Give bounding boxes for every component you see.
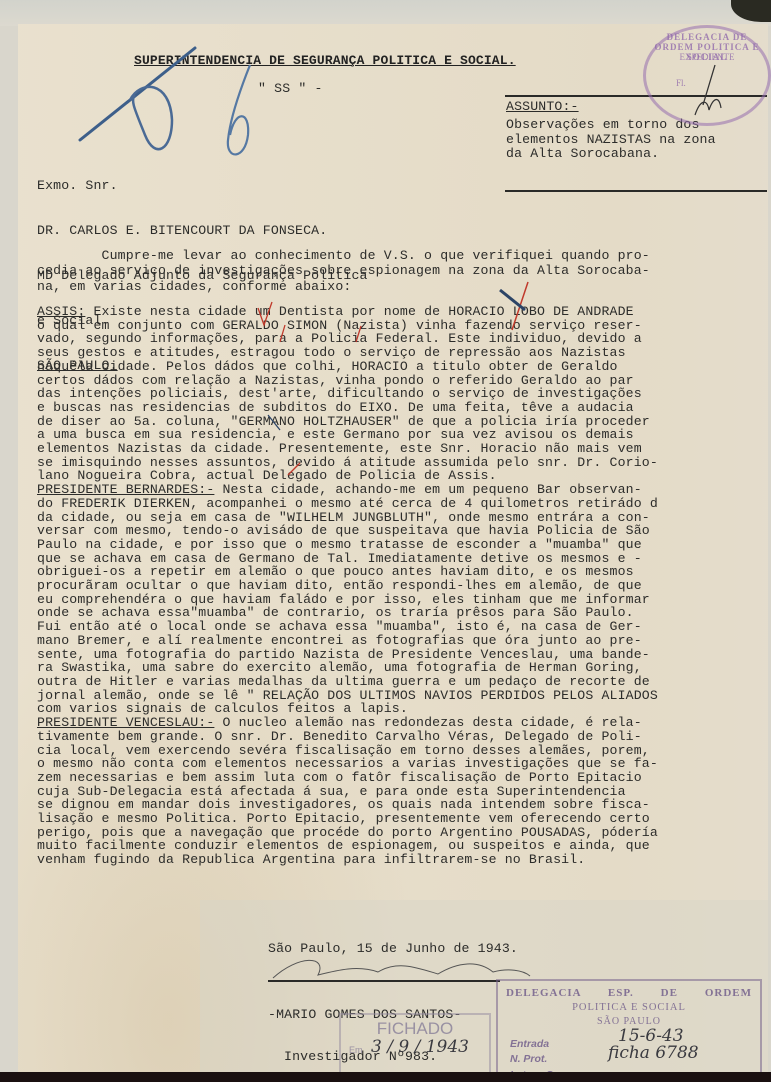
subject-rule-bottom: [505, 190, 767, 192]
subject-label: ASSUNTO:-: [506, 100, 579, 114]
fichado-date-value: 3 / 9 / 1943: [371, 1037, 469, 1057]
subject-text: Observações em torno dos elementos NAZIS…: [506, 118, 716, 162]
registry-line-2: POLITICA E SOCIAL: [498, 1002, 760, 1013]
addressee-name: DR. CARLOS E. BITENCOURT DA FONSECA.: [37, 223, 368, 238]
letterhead: SUPERINTENDENCIA DE SEGURANÇA POLITICA E…: [134, 54, 516, 68]
intro-paragraph: Cumpre-me levar ao conhecimento de V.S. …: [37, 248, 650, 294]
expediente-stamp: DELEGACIA DE ORDEM POLITICA E SOCIAL EXP…: [643, 25, 771, 126]
reference-code: " SS " -: [258, 82, 323, 96]
registry-line-1: DELEGACIA ESP. DE ORDEM: [506, 987, 752, 999]
section-text-presidente-venceslau: O nucleo alemão nas redondezas desta cid…: [37, 715, 658, 867]
stamp-folio-label: Fl.: [676, 78, 686, 88]
scan-bottom-edge: [0, 1072, 771, 1082]
section-text-assis: Existe nesta cidade um Dentista por nome…: [37, 304, 658, 483]
registry-stamp: DELEGACIA ESP. DE ORDEM POLITICA E SOCIA…: [496, 979, 762, 1082]
scan-background: [0, 0, 771, 26]
section-text-presidente-bernardes: Nesta cidade, achando-me em um pequeno B…: [37, 482, 658, 716]
fichado-date-label: Em: [349, 1045, 363, 1055]
stamp-center-text: EXPEDIENTE: [646, 52, 768, 62]
report-body: ASSIS: Existe nesta cidade um Dentista p…: [37, 305, 658, 867]
fichado-title: FICHADO: [341, 1019, 489, 1039]
protocol-value: ficha 6788: [608, 1043, 699, 1063]
salutation: Exmo. Snr.: [37, 178, 368, 193]
protocol-label: N. Prot.: [510, 1053, 547, 1065]
entrada-label: Entrada: [510, 1038, 549, 1050]
sign-off-date: São Paulo, 15 de Junho de 1943.: [268, 942, 518, 956]
